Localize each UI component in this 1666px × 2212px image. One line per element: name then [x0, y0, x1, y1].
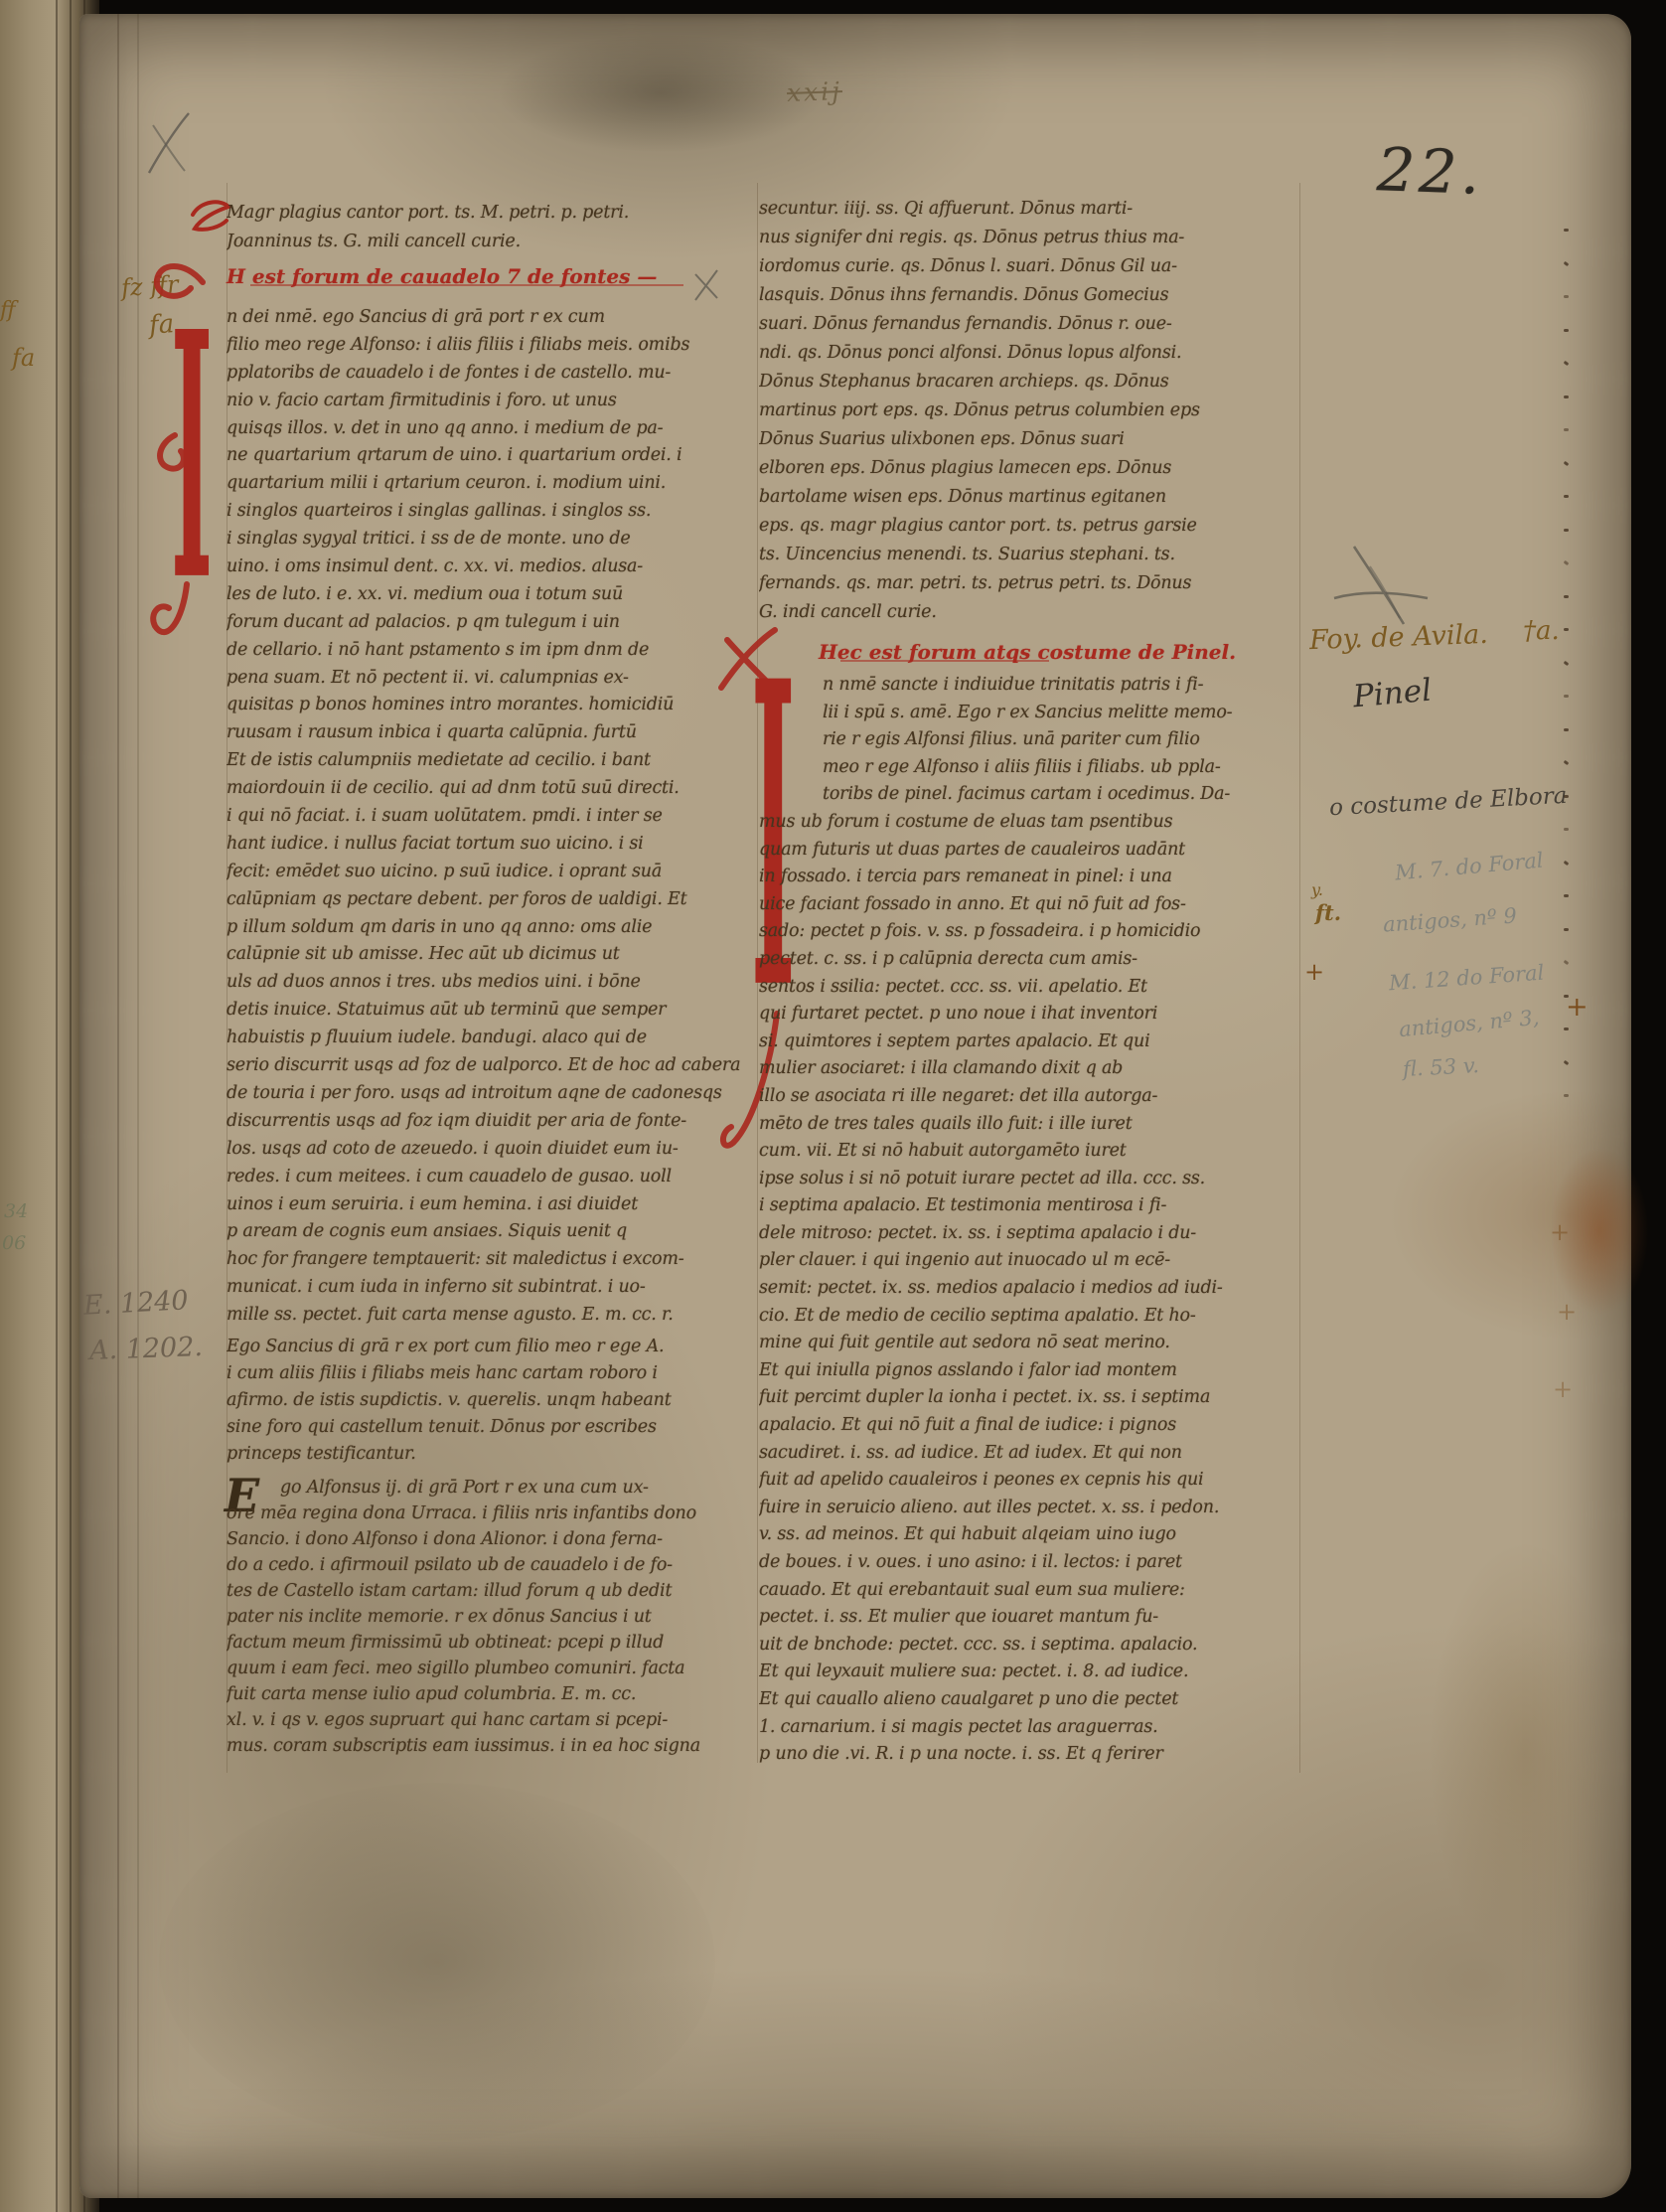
text-line: Magr plagius cantor port. ts. M. petri. …	[227, 199, 768, 228]
text-line: pectet. c. ss. i p calūpnia derecta cum …	[759, 946, 1300, 974]
text-line: hant iudice. i nullus faciat tortum suo …	[227, 831, 768, 859]
margin-cross: +	[1553, 1375, 1573, 1403]
text-line: ipse solus i si nō potuit iurare pectet …	[759, 1166, 1300, 1193]
text-line: forum ducant ad palacios. p qm tulegum i…	[227, 609, 768, 637]
text-line: ne quartarium qrtarum de uino. i quartar…	[227, 442, 768, 470]
text-line: lii i spū s. amē. Ego r ex Sancius melit…	[823, 700, 1300, 727]
column2-body: n nmē sancte i indiuidue trinitatis patr…	[759, 672, 1300, 1769]
text-line: serio discurrit usqs ad foz de ualporco.…	[227, 1052, 768, 1080]
text-line: si. quimtores i septem partes apalacio. …	[759, 1028, 1300, 1056]
text-line: fuit ad apelido caualeiros i peones ex c…	[759, 1467, 1300, 1495]
text-line: apalacio. Et qui nō fuit a final de iudi…	[759, 1412, 1300, 1440]
text-line: meo r ege Alfonso i aliis filiis i filia…	[823, 754, 1300, 782]
stain	[159, 1783, 715, 2140]
folio-number: 22.	[1376, 135, 1485, 209]
text-line: de touria i per foro. usqs ad introitum …	[227, 1080, 768, 1108]
text-line: Sancio. i dono Alfonso i dona Alionor. i…	[227, 1526, 768, 1552]
text-line: nio v. facio cartam firmitudinis i foro.…	[227, 388, 768, 415]
text-line: mulier asociaret: i illa clamando dixit …	[759, 1055, 1300, 1083]
text-line: sine foro qui castellum tenuit. Dōnus po…	[227, 1414, 768, 1441]
text-line: i cum aliis filiis i filiabs meis hanc c…	[227, 1360, 768, 1387]
stain	[497, 34, 825, 153]
text-line: mus. coram subscriptis eam iussimus. i i…	[227, 1733, 768, 1759]
text-line: mēto de tres tales quails illo fuit: i i…	[759, 1111, 1300, 1139]
text-line: municat. i cum iuda in inferno sit subin…	[227, 1274, 768, 1302]
text-line: bartolame wisen eps. Dōnus martinus egit…	[759, 483, 1300, 512]
text-line: cum. vii. Et si nō habuit autorgamēto iu…	[759, 1138, 1300, 1166]
text-line: mille ss. pectet. fuit carta mense agust…	[227, 1302, 768, 1330]
initial-i-column1: I	[145, 256, 236, 654]
text-line: cio. Et de medio de cecilio septima apal…	[759, 1303, 1300, 1331]
text-line: calūpnie sit ub amisse. Hec aūt ub dicim…	[227, 941, 768, 969]
text-line: elboren eps. Dōnus plagius lamecen eps. …	[759, 454, 1300, 483]
prick-dots-column	[1564, 229, 1572, 1143]
text-line: factum meum firmissimū ub obtineat: pcep…	[227, 1630, 768, 1656]
text-line: discurrentis usqs ad foz iqm diuidit per…	[227, 1108, 768, 1136]
text-line: redes. i cum meitees. i cum cauadelo de …	[227, 1164, 768, 1191]
column1-paragraph3: go Alfonsus ij. di grā Port r ex una cum…	[227, 1475, 768, 1759]
text-line: fuire in seruicio alieno. aut illes pect…	[759, 1495, 1300, 1522]
text-line: 1. carnarium. i si magis pectet las arag…	[759, 1714, 1300, 1742]
text-line: G. indi cancell curie.	[759, 598, 1300, 627]
svg-text:I: I	[171, 257, 213, 656]
fold-crease	[56, 0, 58, 2212]
text-line: i singlas sygyal tritici. i ss de de mon…	[227, 526, 768, 553]
text-line: suari. Dōnus fernandus fernandis. Dōnus …	[759, 310, 1300, 339]
text-line: go Alfonsus ij. di grā Port r ex una cum…	[280, 1475, 768, 1501]
text-line: do a cedo. i afirmouil psilato ub de cau…	[227, 1552, 768, 1578]
text-line: fuit carta mense iulio apud columbria. E…	[227, 1681, 768, 1707]
text-line: habuistis p fluuium iudele. bandugi. ala…	[227, 1025, 768, 1052]
edge-mark-fa: fa	[12, 344, 35, 372]
column2-witness-list: secuntur. iiij. ss. Qi affuerunt. Dōnus …	[759, 195, 1300, 627]
text-line: p uno die .vi. R. i p una nocte. i. ss. …	[759, 1741, 1300, 1769]
text-line: quum i eam feci. meo sigillo plumbeo com…	[227, 1656, 768, 1681]
text-line: qui furtaret pectet. p uno noue i ihat i…	[759, 1001, 1300, 1028]
text-line: martinus port eps. qs. Dōnus petrus colu…	[759, 396, 1300, 425]
text-line: de cellario. i nō hant pstamento s im ip…	[227, 637, 768, 665]
text-line: pena suam. Et nō pectent ii. vi. calumpn…	[227, 665, 768, 693]
column1-paragraph2: Ego Sancius di grā r ex port cum filio m…	[227, 1334, 768, 1468]
text-line: quartarium milii i qrtarium ceuron. i. m…	[227, 470, 768, 498]
text-line: lasquis. Dōnus ihns fernandis. Dōnus Gom…	[759, 281, 1300, 310]
fold-crease	[70, 0, 72, 2212]
margin-cross: +	[1557, 1298, 1577, 1326]
text-line: i qui nō faciat. i. i suam uolūtatem. pm…	[227, 803, 768, 831]
fold-line	[117, 14, 119, 2198]
text-line: Et qui cauallo alieno caualgaret p uno d…	[759, 1686, 1300, 1714]
text-line: pater nis inclite memorie. r ex dōnus Sa…	[227, 1604, 768, 1630]
era-date: E. 1240	[82, 1285, 189, 1321]
text-line: calūpniam qs pectare debent. per foros d…	[227, 886, 768, 914]
text-line: ruusam i rausum inbica i quarta calūpnia…	[227, 719, 768, 747]
rubric-stroke	[840, 660, 1049, 662]
text-line: xl. v. i qs v. egos supruart qui hanc ca…	[227, 1707, 768, 1733]
text-line: in fossado. i tercia pars remaneat in pi…	[759, 864, 1300, 891]
text-line: maiordouin ii de cecilio. qui ad dnm tot…	[227, 775, 768, 803]
old-foliation-crossed: xxij	[787, 77, 843, 107]
edge-number: 34	[4, 1200, 28, 1222]
text-line: uice faciant fossado in anno. Et qui nō …	[759, 891, 1300, 919]
text-line: fernands. qs. mar. petri. ts. petrus pet…	[759, 569, 1300, 598]
text-line: los. usqs ad coto de azeuedo. i quoin di…	[227, 1136, 768, 1164]
text-line: pplatoribs de cauadelo i de fontes i de …	[227, 360, 768, 388]
text-line: semit: pectet. ix. ss. medios apalacio i…	[759, 1275, 1300, 1303]
text-line: afirmo. de istis supdictis. v. querelis.…	[227, 1387, 768, 1414]
pencil-hash-mark	[1326, 537, 1436, 628]
text-line: iordomus curie. qs. Dōnus l. suari. Dōnu…	[759, 252, 1300, 281]
note-pinel: Pinel	[1352, 673, 1434, 715]
column1-intro: Magr plagius cantor port. ts. M. petri. …	[227, 199, 768, 256]
edge-number: 06	[2, 1232, 26, 1254]
text-line: sado: pectet p fois. v. ss. p fossadeira…	[759, 918, 1300, 946]
text-line: dele mitroso: pectet. ix. ss. i septima …	[759, 1220, 1300, 1248]
text-line: Dōnus Stephanus bracaren archieps. qs. D…	[759, 368, 1300, 396]
text-line: fuit percimt dupler la ionha i pectet. i…	[759, 1384, 1300, 1412]
text-line: Et qui iniulla pignos asslando i falor i…	[759, 1357, 1300, 1385]
text-line: secuntur. iiij. ss. Qi affuerunt. Dōnus …	[759, 195, 1300, 224]
text-line: filio meo rege Alfonso: i aliis filiis i…	[227, 332, 768, 360]
text-line: ore mēa regina dona Urraca. i filiis nri…	[227, 1501, 768, 1526]
text-line: Et qui leyxauit muliere sua: pectet. i. …	[759, 1659, 1300, 1686]
text-line: i singlos quarteiros i singlas gallinas.…	[227, 498, 768, 526]
text-line: uit de bnchode: pectet. ccc. ss. i septi…	[759, 1632, 1300, 1659]
text-line: tes de Castello istam cartam: illud foru…	[227, 1578, 768, 1604]
text-line: nus signifer dni regis. qs. Dōnus petrus…	[759, 224, 1300, 252]
stain	[1431, 1544, 1619, 1962]
text-line: sacudiret. i. ss. ad iudice. Et ad iudex…	[759, 1440, 1300, 1468]
text-line: fecit: emēdet suo uicino. p suū iudice. …	[227, 859, 768, 886]
margin-cross: +	[1550, 1218, 1570, 1246]
note-fa-mark: †a.	[1523, 616, 1560, 646]
text-line: uino. i oms insimul dent. c. xx. vi. med…	[227, 553, 768, 581]
text-line: mus ub forum i costume de eluas tam psen…	[759, 809, 1300, 837]
text-line: p illum soldum qm daris in uno qq anno: …	[227, 914, 768, 942]
pencil-note-line: fl. 53 v.	[1402, 1053, 1479, 1081]
text-line: detis inuice. Statuimus aūt ub terminū q…	[227, 997, 768, 1025]
text-line: sentos i ssilia: pectet. ccc. ss. vii. a…	[759, 974, 1300, 1002]
text-line: mine qui fuit gentile aut sedora nō seat…	[759, 1330, 1300, 1357]
fold-line	[137, 14, 139, 2198]
edge-mark-ff: ff	[0, 298, 16, 323]
text-line: quisqs illos. v. det in uno qq anno. i m…	[227, 415, 768, 443]
text-line: hoc for frangere temptauerit: sit maledi…	[227, 1246, 768, 1274]
text-line: i septima apalacio. Et testimonia mentir…	[759, 1192, 1300, 1220]
text-line: n dei nmē. ego Sancius di grā port r ex …	[227, 304, 768, 332]
text-line: quisitas p bonos homines intro morantes.…	[227, 692, 768, 719]
text-line: ts. Uincencius menendi. ts. Suarius step…	[759, 541, 1300, 569]
text-line: quam futuris ut duas partes de caualeiro…	[759, 837, 1300, 865]
text-line: illo se asociata ri ille negaret: det il…	[759, 1083, 1300, 1111]
text-line: Ego Sancius di grā r ex port cum filio m…	[227, 1334, 768, 1360]
text-line: pler clauer. i qui ingenio aut inuocado …	[759, 1247, 1300, 1275]
text-line: de boues. i v. oues. i uno asino: i il. …	[759, 1549, 1300, 1577]
text-line: n nmē sancte i indiuidue trinitatis patr…	[823, 672, 1300, 700]
text-line: princeps testificantur.	[227, 1441, 768, 1468]
pencil-x-mark	[139, 107, 199, 182]
column1-paragraph1: n dei nmē. ego Sancius di grā port r ex …	[227, 304, 768, 1330]
text-line: Joanninus ts. G. mili cancell curie.	[227, 228, 768, 256]
text-line: uls ad duos annos i tres. ubs medios uin…	[227, 969, 768, 997]
margin-small-mark: y.	[1311, 880, 1323, 899]
text-line: ndi. qs. Dōnus ponci alfonsi. Dōnus lopu…	[759, 339, 1300, 368]
text-line: pectet. i. ss. Et mulier que iouaret man…	[759, 1604, 1300, 1632]
text-line: toribs de pinel. facimus cartam i ocedim…	[823, 781, 1300, 809]
rubric-stroke	[250, 284, 683, 286]
text-line: Dōnus Suarius ulixbonen eps. Dōnus suari	[759, 425, 1300, 454]
text-line: uinos i eum seruiria. i eum hemina. i as…	[227, 1191, 768, 1219]
margin-small-mark: ft.	[1315, 900, 1341, 925]
text-line: eps. qs. magr plagius cantor port. ts. p…	[759, 512, 1300, 541]
pencil-x-mark	[689, 266, 723, 304]
text-line: v. ss. ad meinos. Et qui habuit alqeiam …	[759, 1521, 1300, 1549]
text-line: les de luto. i e. xx. vi. medium oua i t…	[227, 581, 768, 609]
note-foy-de-avila: Foy. de Avila.	[1309, 619, 1489, 656]
manuscript-photo: ff fa 34 06 xxij 22. fz ffr fa E. 1240 A…	[0, 0, 1666, 2212]
anno-date: A. 1202.	[88, 1332, 203, 1366]
margin-cross: +	[1304, 958, 1324, 986]
text-line: cauado. Et qui erebantauit sual eum sua …	[759, 1577, 1300, 1605]
text-line: Et de istis calumpniis medietate ad ceci…	[227, 747, 768, 775]
text-line: rie r egis Alfonsi filius. unā pariter c…	[823, 726, 1300, 754]
text-line: p aream de cognis eum ansiaes. Siquis ue…	[227, 1218, 768, 1246]
